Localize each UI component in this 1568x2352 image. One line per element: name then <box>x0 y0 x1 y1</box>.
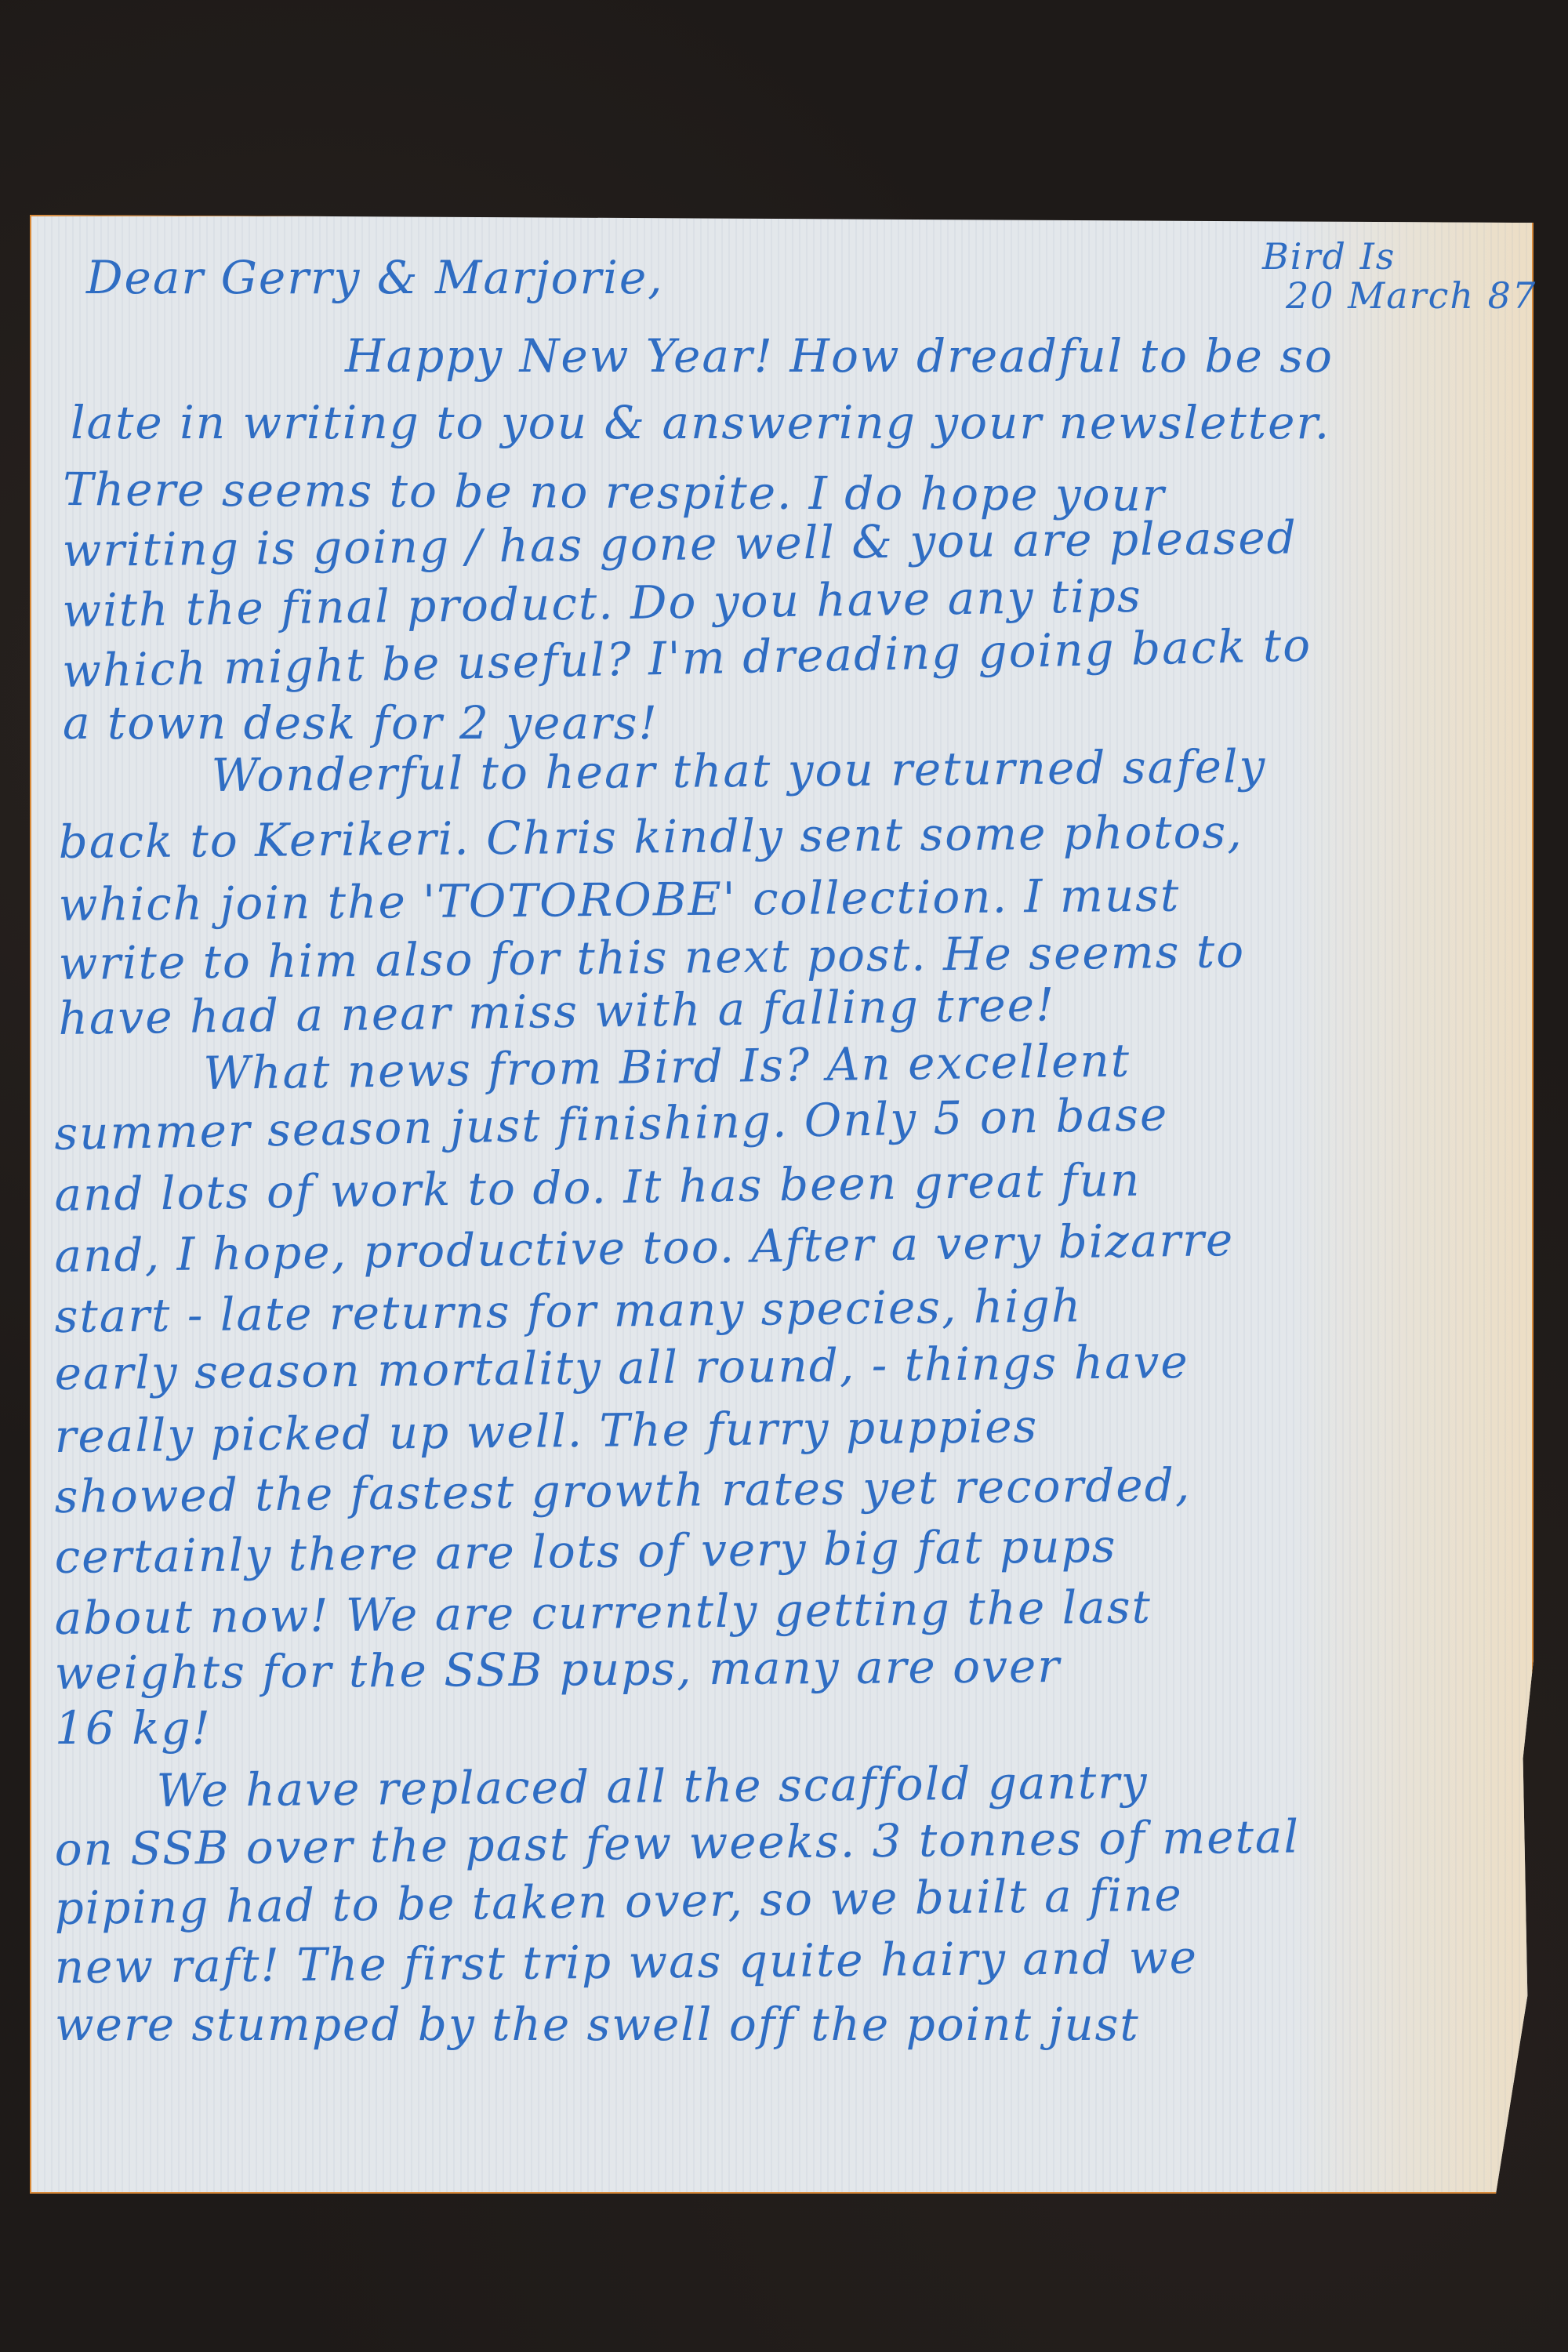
letter-line: which join the 'TOTOROBE' collection. I … <box>58 869 1180 931</box>
letter-salutation: Dear Gerry & Marjorie, <box>86 251 664 304</box>
letter-line: a town desk for 2 years! <box>63 696 659 750</box>
letter-line: 16 kg! <box>55 1701 212 1755</box>
letter-line: were stumped by the swell off the point … <box>55 1998 1140 2051</box>
letter-line: Happy New Year! How dreadful to be so <box>345 329 1334 383</box>
letter-line: We have replaced all the scaffold gantry <box>156 1755 1149 1817</box>
letter-line: Wonderful to hear that you returned safe… <box>211 739 1266 802</box>
letter-line: start - late returns for many species, h… <box>54 1279 1082 1343</box>
letter-date: 20 March 87 <box>1286 274 1537 317</box>
letter-line: certainly there are lots of very big fat… <box>54 1519 1116 1584</box>
letter-line: back to Kerikeri. Chris kindly sent some… <box>58 805 1243 869</box>
letter-line: late in writing to you & answering your … <box>71 396 1330 449</box>
letter-line: really picked up well. The furry puppies <box>54 1399 1038 1463</box>
letter-line: new raft! The first trip was quite hairy… <box>54 1930 1198 1994</box>
letter-location: Bird Is <box>1262 235 1396 278</box>
letter-line: There seems to be no respite. I do hope … <box>63 463 1166 521</box>
letter-line: weights for the SSB pups, many are over <box>55 1639 1062 1700</box>
